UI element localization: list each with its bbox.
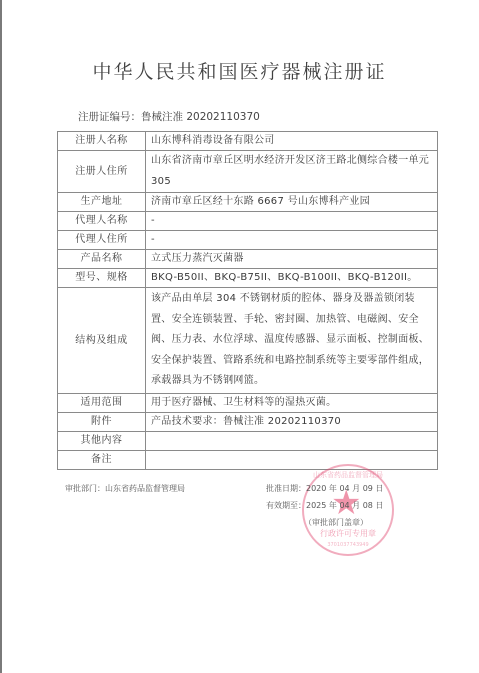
row-value-registrant-address: 山东省济南市章丘区明水经济开发区济王路北侧综合楼一单元 305 bbox=[146, 151, 438, 193]
row-label-registrant-address: 注册人住所 bbox=[58, 151, 146, 193]
cert-number-value: 鲁械注准 20202110370 bbox=[141, 111, 260, 123]
row-label-agent-address: 代理人住所 bbox=[58, 231, 146, 250]
seal-code: 3701037743949 bbox=[304, 542, 392, 548]
table-row: 备注 bbox=[58, 451, 438, 470]
cert-number-label: 注册证编号： bbox=[78, 111, 141, 123]
row-value-registrant-name: 山东博科消毒设备有限公司 bbox=[146, 132, 438, 151]
row-label-other: 其他内容 bbox=[58, 432, 146, 451]
row-label-scope: 适用范围 bbox=[58, 394, 146, 413]
table-row: 适用范围 用于医疗器械、卫生材料等的湿热灭菌。 bbox=[58, 394, 438, 413]
row-value-remarks bbox=[146, 451, 438, 470]
table-row: 产品名称 立式压力蒸汽灭菌器 bbox=[58, 250, 438, 269]
row-value-agent-name: - bbox=[146, 212, 438, 231]
table-row: 生产地址 济南市章丘区经十东路 6667 号山东博科产业园 bbox=[58, 193, 438, 212]
approval-department: 审批部门：山东省药品监督管理局 bbox=[65, 483, 185, 494]
row-label-production-address: 生产地址 bbox=[58, 193, 146, 212]
row-value-production-address: 济南市章丘区经十东路 6667 号山东博科产业园 bbox=[146, 193, 438, 212]
table-row: 注册人名称 山东博科消毒设备有限公司 bbox=[58, 132, 438, 151]
seal-top-text: 山东省药品监督管理局 bbox=[304, 470, 392, 480]
row-value-other bbox=[146, 432, 438, 451]
cert-number-line: 注册证编号：鲁械注准 20202110370 bbox=[78, 109, 260, 124]
page-edge bbox=[0, 0, 2, 673]
table-row: 代理人名称 - bbox=[58, 212, 438, 231]
seal-note: （审批部门盖章） bbox=[304, 517, 368, 528]
row-value-model-spec: BKQ-B50II、BKQ-B75II、BKQ-B100II、BKQ-B120I… bbox=[146, 269, 438, 288]
row-value-structure: 该产品由单层 304 不锈钢材质的腔体、器身及器盖锁闭装置、安全连锁装置、手轮、… bbox=[146, 288, 438, 394]
table-row: 结构及组成 该产品由单层 304 不锈钢材质的腔体、器身及器盖锁闭装置、安全连锁… bbox=[58, 288, 438, 394]
document-title: 中华人民共和国医疗器械注册证 bbox=[0, 57, 479, 84]
certificate-table: 注册人名称 山东博科消毒设备有限公司 注册人住所 山东省济南市章丘区明水经济开发… bbox=[57, 131, 438, 470]
table-row: 代理人住所 - bbox=[58, 231, 438, 250]
row-label-structure: 结构及组成 bbox=[58, 288, 146, 394]
row-value-agent-address: - bbox=[146, 231, 438, 250]
row-label-remarks: 备注 bbox=[58, 451, 146, 470]
table-row: 附件 产品技术要求：鲁械注准 20202110370 bbox=[58, 413, 438, 432]
approval-date: 批准日期：2020 年 04 月 09 日 bbox=[266, 483, 383, 494]
row-label-registrant-name: 注册人名称 bbox=[58, 132, 146, 151]
row-label-agent-name: 代理人名称 bbox=[58, 212, 146, 231]
row-label-model-spec: 型号、规格 bbox=[58, 269, 146, 288]
table-row: 型号、规格 BKQ-B50II、BKQ-B75II、BKQ-B100II、BKQ… bbox=[58, 269, 438, 288]
table-row: 其他内容 bbox=[58, 432, 438, 451]
table-row: 注册人住所 山东省济南市章丘区明水经济开发区济王路北侧综合楼一单元 305 bbox=[58, 151, 438, 193]
row-label-product-name: 产品名称 bbox=[58, 250, 146, 269]
seal-bottom-text: 行政许可专用章 bbox=[304, 528, 392, 539]
valid-until: 有效期至：2025 年 04 月 08 日 bbox=[266, 500, 383, 511]
row-label-attachment: 附件 bbox=[58, 413, 146, 432]
row-value-scope: 用于医疗器械、卫生材料等的湿热灭菌。 bbox=[146, 394, 438, 413]
row-value-attachment: 产品技术要求：鲁械注准 20202110370 bbox=[146, 413, 438, 432]
row-value-product-name: 立式压力蒸汽灭菌器 bbox=[146, 250, 438, 269]
